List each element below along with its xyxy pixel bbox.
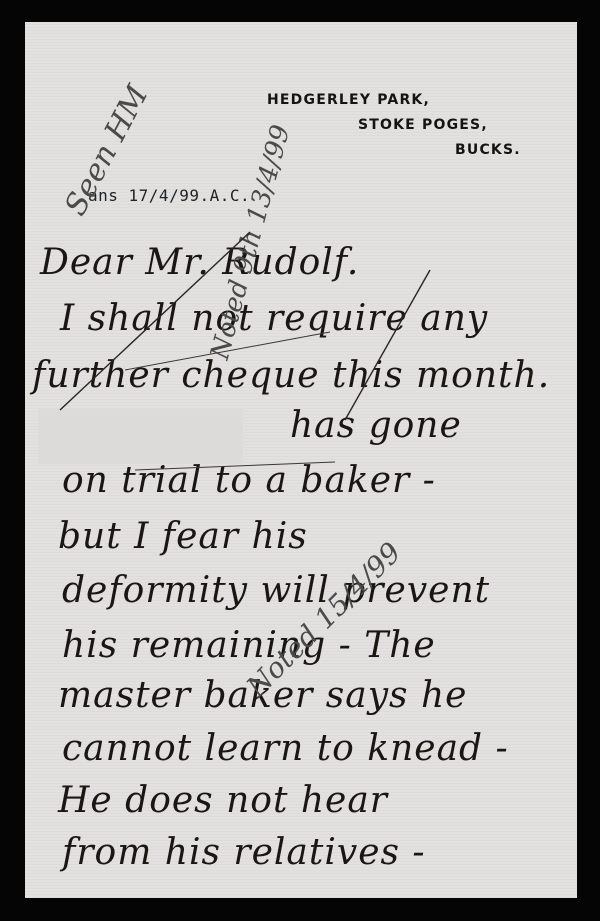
pencil-strike-lines	[0, 0, 600, 921]
